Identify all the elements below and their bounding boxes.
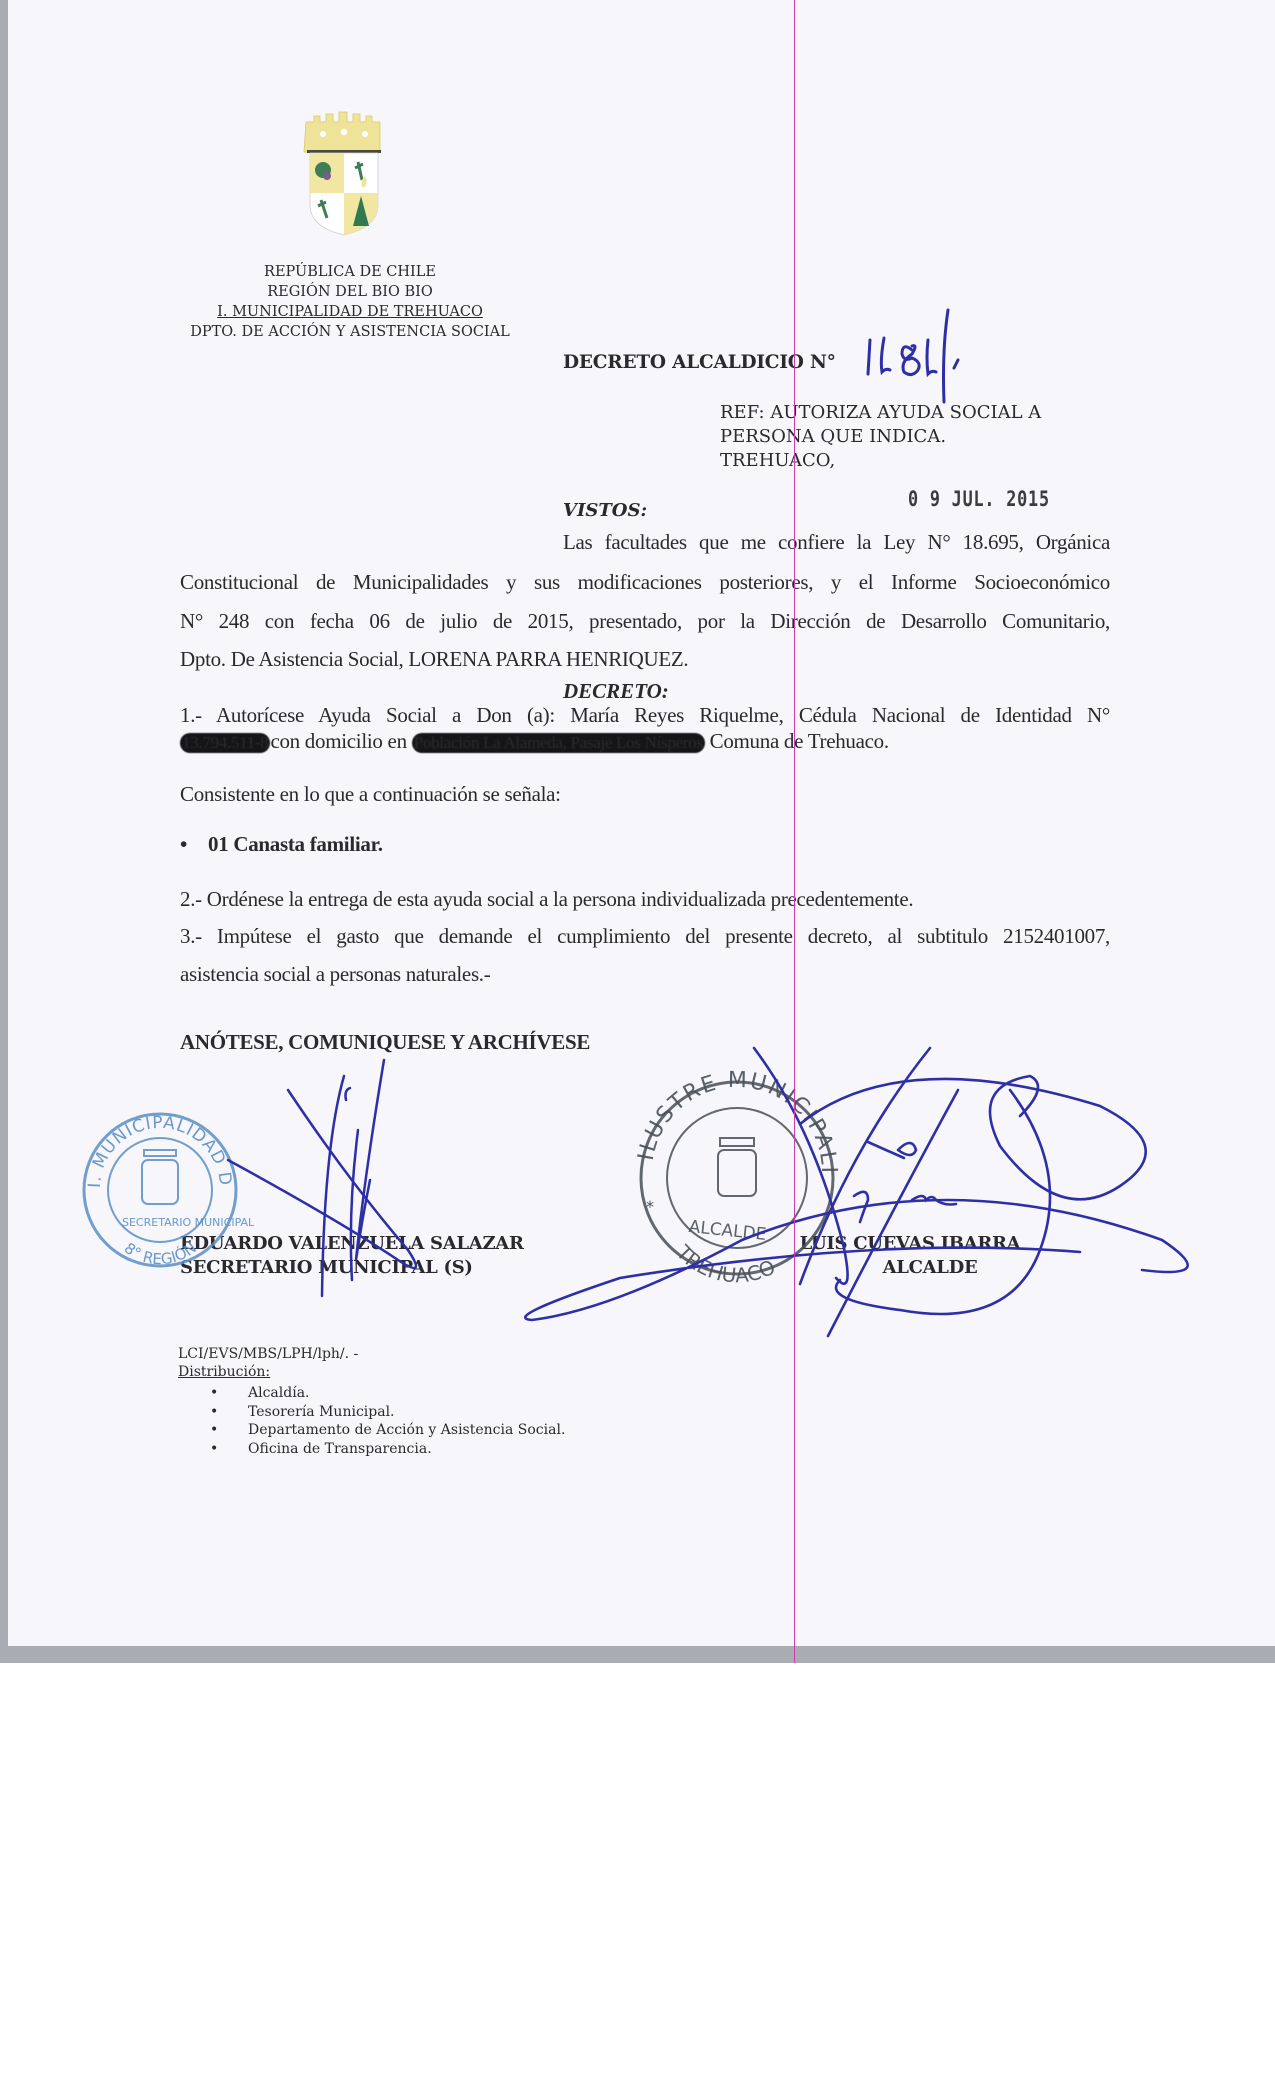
decreto-item-3-line-1: 3.- Impútese el gasto que demande el cum… [180, 924, 1110, 949]
list-item: •Tesorería Municipal. [210, 1403, 565, 1422]
right-signatory-name: LUIS CUEVAS IBARRA [790, 1232, 1030, 1256]
right-signatory-role: ALCALDE [790, 1256, 1030, 1280]
consistente-line: Consistente en lo que a continuación se … [180, 782, 1110, 807]
redacted-id: 13.794.511-8 [180, 733, 270, 753]
ref-line-2: PERSONA QUE INDICA. [720, 425, 946, 449]
decreto-item-1-line-1: 1.- Autorícese Ayuda Social a Don (a): M… [180, 703, 1110, 728]
item-1-commune: Comuna de Trehuaco. [705, 729, 889, 753]
date-stamp: 0 9 JUL. 2015 [908, 487, 1050, 511]
left-signatory-role: SECRETARIO MUNICIPAL (S) [180, 1256, 524, 1280]
list-item: •Alcaldía. [210, 1384, 565, 1403]
ref-line-1: REF: AUTORIZA AYUDA SOCIAL A [720, 401, 1041, 425]
vistos-line-1: Las facultades que me confiere la Ley N°… [563, 530, 1110, 555]
bullet-icon: • [180, 832, 208, 857]
left-signatory: EDUARDO VALENZUELA SALAZAR SECRETARIO MU… [180, 1232, 524, 1280]
list-item: •Oficina de Transparencia. [210, 1440, 565, 1459]
decreto-item-3-line-2: asistencia social a personas naturales.- [180, 962, 1110, 987]
bullet-icon: • [210, 1384, 218, 1403]
header-region: REGIÓN DEL BIO BIO [170, 282, 530, 302]
decreto-item-1-line-2: 13.794.511-8con domicilio en Población L… [180, 729, 1110, 754]
initials-line: LCI/EVS/MBS/LPH/lph/. - [178, 1346, 358, 1362]
vistos-heading: VISTOS: [563, 500, 647, 521]
bullet-icon: • [210, 1440, 218, 1459]
bullet-icon: • [210, 1421, 218, 1440]
redacted-address: Población La Alameda, Pasaje Los Níspero… [412, 733, 705, 753]
left-signatory-name: EDUARDO VALENZUELA SALAZAR [180, 1232, 524, 1256]
right-signatory: LUIS CUEVAS IBARRA ALCALDE [790, 1232, 1030, 1280]
bullet-item: •01 Canasta familiar. [180, 832, 1110, 857]
list-item: •Departamento de Acción y Asistencia Soc… [210, 1421, 565, 1440]
bullet-icon: • [210, 1403, 218, 1422]
decreto-item-2: 2.- Ordénese la entrega de esta ayuda so… [180, 887, 1110, 912]
item-1-domicile: con domicilio en [270, 729, 406, 753]
vistos-line-2: Constitucional de Municipalidades y sus … [180, 570, 1110, 595]
header-republic: REPÚBLICA DE CHILE [170, 262, 530, 282]
scan-guide-line [794, 0, 795, 1663]
distribution-heading: Distribución: [178, 1364, 270, 1380]
header-municipality: I. MUNICIPALIDAD DE TREHUACO [170, 302, 530, 322]
vistos-line-4: Dpto. De Asistencia Social, LORENA PARRA… [180, 647, 1110, 672]
document-page [8, 0, 1275, 1646]
closing-line: ANÓTESE, COMUNIQUESE Y ARCHÍVESE [180, 1030, 1110, 1055]
header-block: REPÚBLICA DE CHILE REGIÓN DEL BIO BIO I.… [170, 262, 530, 342]
ref-line-3: TREHUACO, [720, 449, 835, 473]
decreto-heading: DECRETO: [563, 679, 669, 704]
coat-of-arms-icon [303, 110, 385, 238]
vistos-line-3: N° 248 con fecha 06 de julio de 2015, pr… [180, 609, 1110, 634]
header-department: DPTO. DE ACCIÓN Y ASISTENCIA SOCIAL [170, 322, 530, 342]
distribution-list: •Alcaldía. •Tesorería Municipal. •Depart… [210, 1384, 565, 1458]
